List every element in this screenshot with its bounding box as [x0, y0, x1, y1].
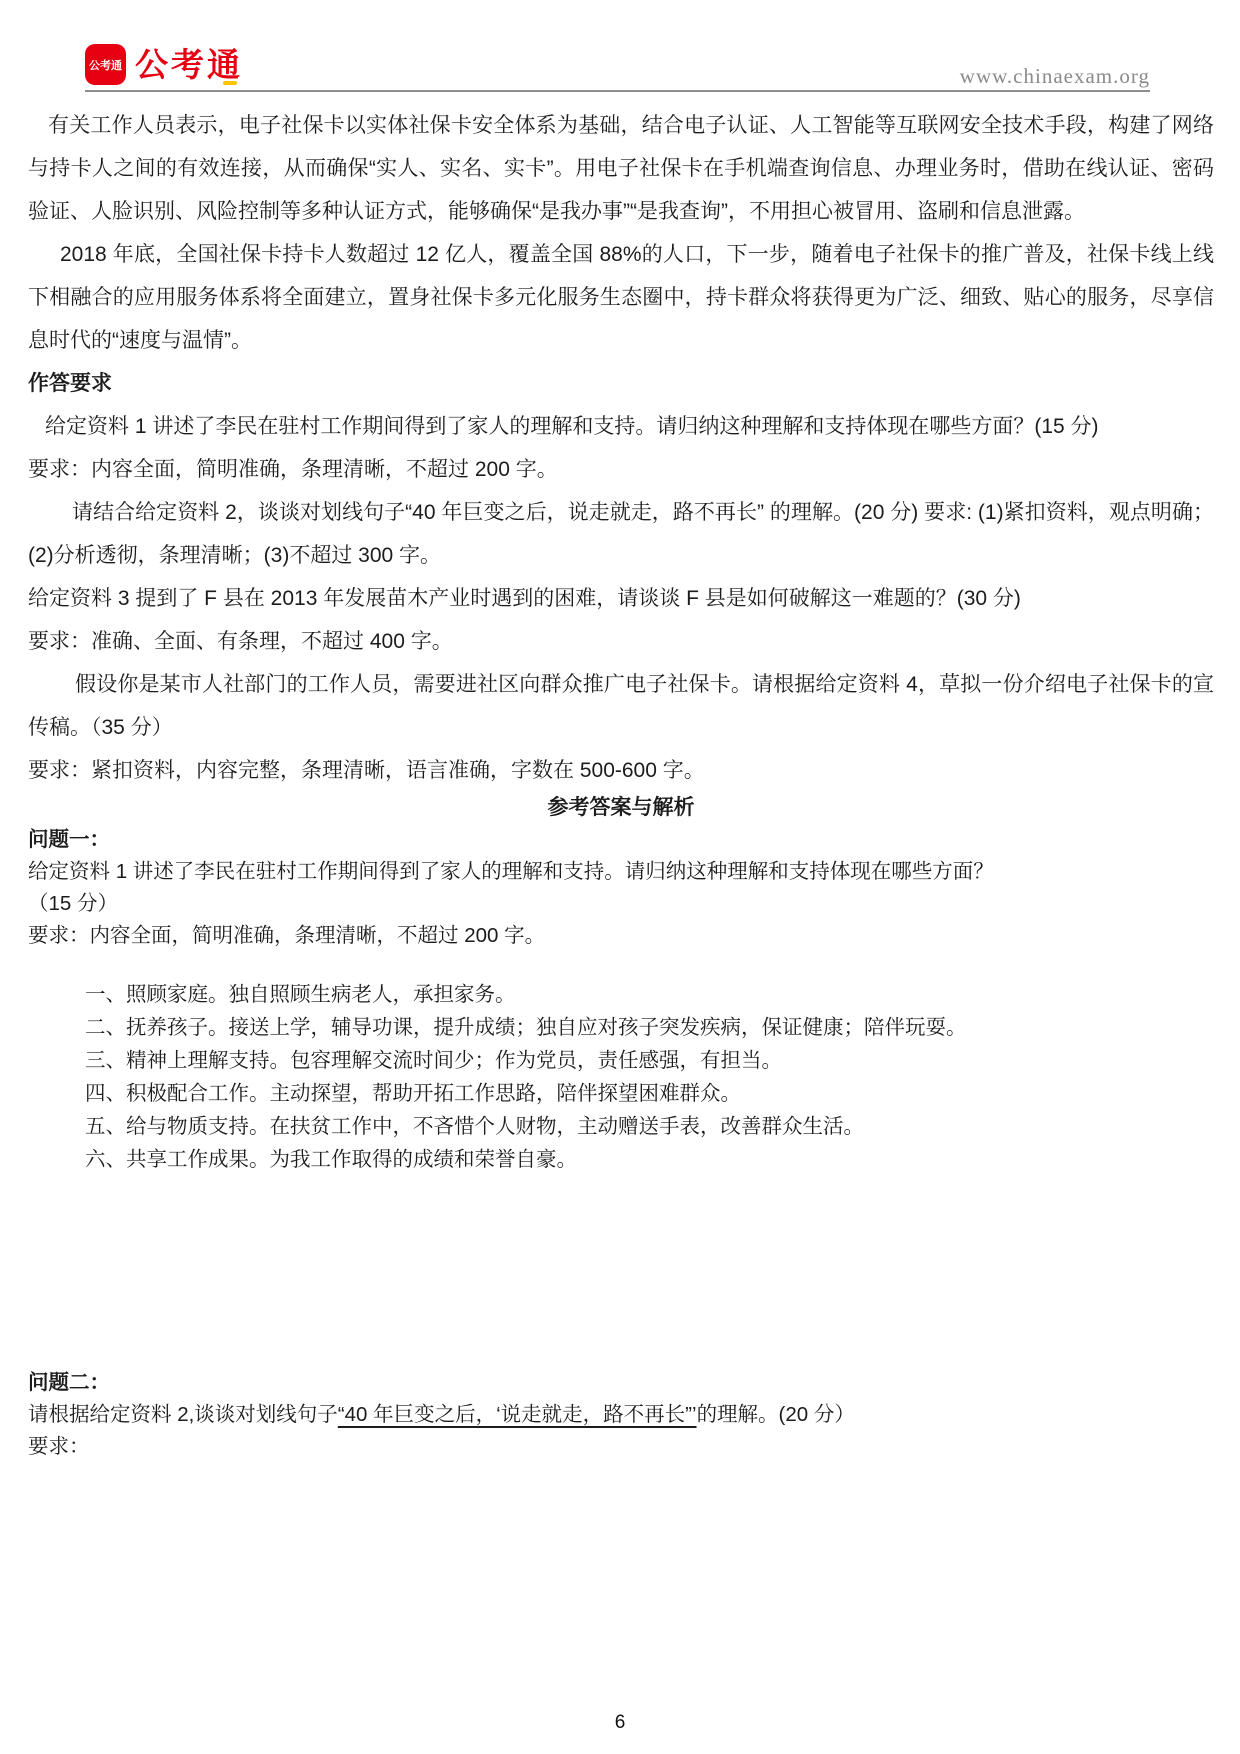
brand-wordmark: 公考通: [135, 48, 243, 81]
answer-2-question: 请根据给定资料 2,谈谈对划线句子“40 年巨变之后，‘说走就走，路不再长”’的…: [28, 1399, 1214, 1431]
question-4-requirement: 要求：紧扣资料，内容完整，条理清晰，语言准确，字数在 500-600 字。: [28, 749, 1214, 792]
answer-1-title: 问题一：: [28, 824, 1214, 856]
brand-logo: 公考通 公考通: [85, 44, 243, 89]
question-1: 给定资料 1 讲述了李民在驻村工作期间得到了家人的理解和支持。请归纳这种理解和支…: [28, 405, 1214, 448]
answer-2-title: 问题二：: [28, 1367, 1214, 1399]
answer-1-item: 六、共享工作成果。为我工作取得的成绩和荣誉自豪。: [85, 1143, 1214, 1176]
answer-1-item: 四、积极配合工作。主动探望，帮助开拓工作思路，陪伴探望困难群众。: [85, 1077, 1214, 1110]
question-3-requirement: 要求：准确、全面、有条理，不超过 400 字。: [28, 620, 1214, 663]
question-1-requirement: 要求：内容全面，简明准确，条理清晰，不超过 200 字。: [28, 448, 1214, 491]
question-3: 给定资料 3 提到了 F 县在 2013 年发展苗木产业时遇到的困难，请谈谈 F…: [28, 577, 1214, 620]
question-section: 有关工作人员表示，电子社保卡以实体社保卡安全体系为基础，结合电子认证、人工智能等…: [0, 92, 1240, 792]
answer-2-block: 问题二： 请根据给定资料 2,谈谈对划线句子“40 年巨变之后，‘说走就走，路不…: [28, 1367, 1214, 1463]
answer-1-requirement: 要求：内容全面，简明准确，条理清晰，不超过 200 字。: [28, 920, 1214, 952]
material-paragraph-1: 有关工作人员表示，电子社保卡以实体社保卡安全体系为基础，结合电子认证、人工智能等…: [28, 104, 1214, 233]
page-header: 公考通 公考通 www.chinaexam.org: [85, 0, 1150, 92]
answer-1-item: 三、精神上理解支持。包容理解交流时间少；作为党员，责任感强，有担当。: [85, 1044, 1214, 1077]
website-url[interactable]: www.chinaexam.org: [960, 66, 1150, 89]
answers-heading: 参考答案与解析: [28, 792, 1214, 824]
brand-badge-text: 公考通: [89, 57, 122, 73]
document-page: 公考通 公考通 www.chinaexam.org 有关工作人员表示，电子社保卡…: [0, 0, 1240, 1754]
answer-1-item: 五、给与物质支持。在扶贫工作中，不吝惜个人财物，主动赠送手表，改善群众生活。: [85, 1110, 1214, 1143]
material-paragraph-2: 2018 年底，全国社保卡持卡人数超过 12 亿人，覆盖全国 88%的人口，下一…: [28, 233, 1214, 362]
answers-section: 参考答案与解析 问题一： 给定资料 1 讲述了李民在驻村工作期间得到了家人的理解…: [0, 792, 1240, 1463]
answer-1-score: （15 分）: [28, 888, 1214, 920]
answer-1-list: 一、照顾家庭。独自照顾生病老人，承担家务。 二、抚养孩子。接送上学，辅导功课，提…: [85, 978, 1214, 1176]
answer-2-question-suffix: 的理解。(20 分）: [697, 1403, 855, 1426]
brand-name: 公考通: [135, 46, 243, 83]
brand-logo-icon: 公考通: [85, 44, 126, 85]
answer-2-requirement: 要求：: [28, 1431, 1214, 1463]
question-4: 假设你是某市人社部门的工作人员，需要进社区向群众推广电子社保卡。请根据给定资料 …: [28, 663, 1214, 749]
answer-1-question: 给定资料 1 讲述了李民在驻村工作期间得到了家人的理解和支持。请归纳这种理解和支…: [28, 856, 1214, 888]
answer-2-underlined-sentence: “40 年巨变之后，‘说走就走，路不再长”’: [338, 1403, 697, 1426]
logo-accent-mark: [223, 81, 237, 85]
requirements-heading: 作答要求: [28, 362, 1214, 405]
answer-1-item: 二、抚养孩子。接送上学，辅导功课，提升成绩；独自应对孩子突发疾病，保证健康；陪伴…: [85, 1011, 1214, 1044]
question-2: 请结合给定资料 2，谈谈对划线句子“40 年巨变之后，说走就走，路不再长” 的理…: [28, 491, 1214, 577]
answer-2-question-prefix: 请根据给定资料 2,谈谈对划线句子: [28, 1403, 338, 1426]
answer-1-item: 一、照顾家庭。独自照顾生病老人，承担家务。: [85, 978, 1214, 1011]
page-number: 6: [0, 1712, 1240, 1734]
